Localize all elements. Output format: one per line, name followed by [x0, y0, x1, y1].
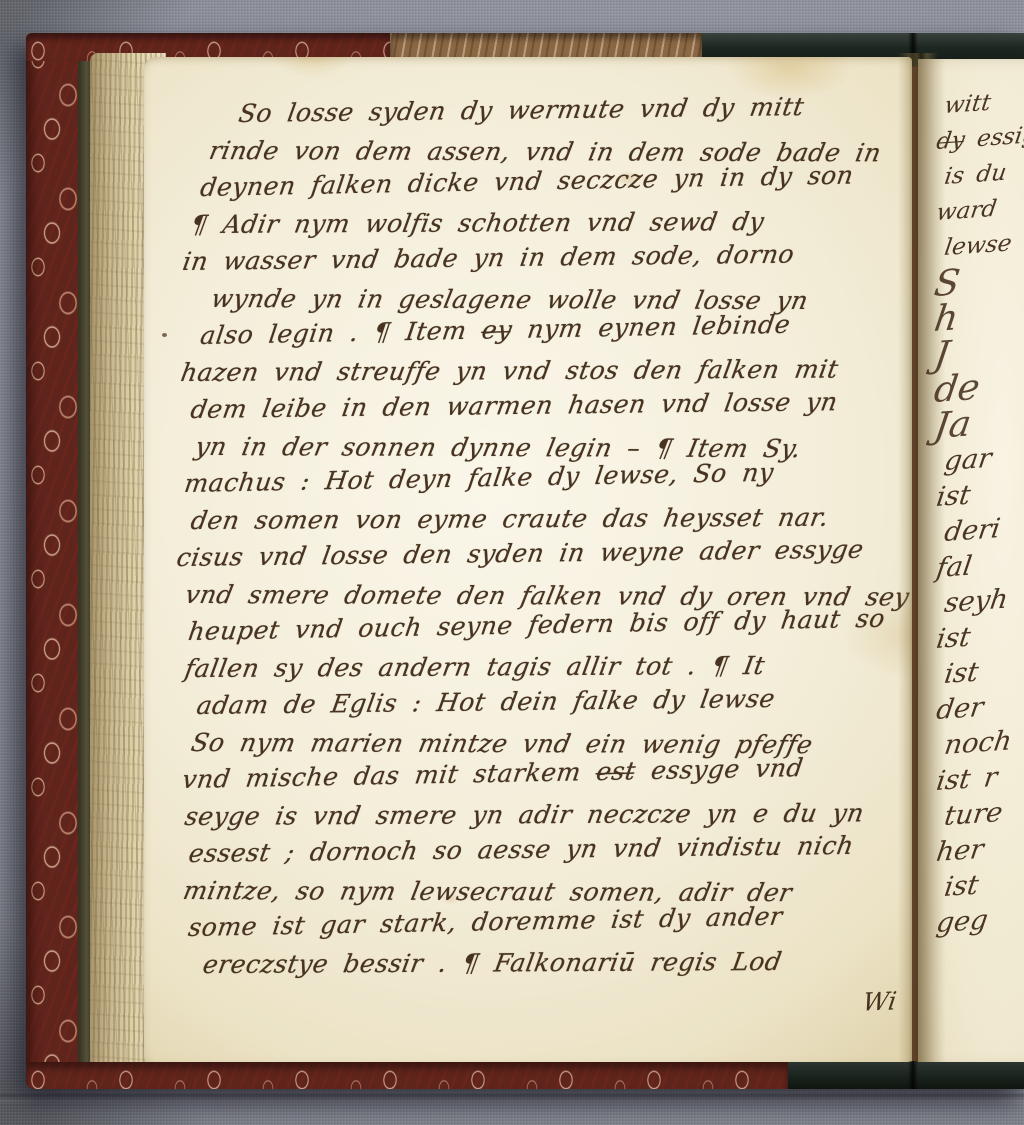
right-page-fragment: d̶y̶ essig: [934, 118, 1024, 160]
bottom-edge-dark-leather: [788, 1062, 1024, 1089]
catchword: Wi: [861, 986, 899, 1016]
manuscript-line: cisus vnd losse den syden in weyne ader …: [174, 530, 916, 576]
right-page-fragment: lewse: [942, 225, 1024, 266]
right-page-fragment: deri: [942, 509, 1024, 550]
right-page-fragment: gar: [942, 438, 1024, 479]
right-page-fragment: ist: [934, 615, 1024, 657]
left-page: So losse syden dy wermute vnd dy mitt ri…: [144, 57, 912, 1071]
right-page-fragment: h: [932, 296, 1024, 338]
right-page-fragment: fal: [934, 544, 1024, 586]
right-page-fragment: ward: [934, 189, 1024, 231]
manuscript-line: dem leibe in den warmen hasen vnd losse …: [188, 382, 916, 428]
manuscript-line: ereczstye bessir . ¶ Falkonariū regis Lo…: [200, 942, 915, 983]
right-page-fragment: her: [934, 828, 1024, 870]
right-page-fragment: der: [934, 686, 1024, 728]
right-page: witt d̶y̶ essig is du ward lewse S h J d…: [918, 59, 1024, 1067]
bottom-gutter-notch: [908, 1061, 918, 1089]
manuscript-text-block: So losse syden dy wermute vnd dy mitt ri…: [172, 95, 908, 983]
manuscript-photo: So losse syden dy wermute vnd dy mitt ri…: [0, 0, 1024, 1125]
manuscript-book: So losse syden dy wermute vnd dy mitt ri…: [26, 33, 1024, 1089]
right-page-fragment: ist: [942, 864, 1024, 905]
right-page-text-block: witt d̶y̶ essig is du ward lewse S h J d…: [934, 89, 1024, 941]
right-page-fragment: Ja: [932, 402, 1024, 444]
right-page-fragment: seyh: [942, 580, 1024, 621]
manuscript-line: So losse syden dy wermute vnd dy mitt: [236, 87, 915, 132]
right-page-fragment: ist: [934, 473, 1024, 515]
right-page-fragment: de: [932, 367, 1024, 409]
right-page-fragment: ist r: [934, 757, 1024, 799]
manuscript-line: in wasser vnd bade yn in dem sode, dorno: [180, 234, 916, 280]
right-page-fragment: geg: [934, 899, 1024, 941]
right-page-fragment: ist: [942, 651, 1024, 692]
right-page-fragment: S: [932, 260, 1024, 302]
manuscript-line: essest ; dornoch so aesse yn vnd vindist…: [186, 826, 916, 872]
manuscript-line: adam de Eglis : Hot dein falke dy lewse: [194, 678, 916, 724]
right-page-fragment: ture: [942, 793, 1024, 834]
fabric-fold-line: [0, 1094, 1024, 1104]
bottom-edge-marble: [26, 1062, 788, 1089]
ink-speck: [162, 333, 167, 337]
right-page-fragment: is du: [942, 154, 1024, 195]
right-page-fragment: witt: [942, 83, 1024, 124]
right-page-fragment: noch: [942, 722, 1024, 763]
